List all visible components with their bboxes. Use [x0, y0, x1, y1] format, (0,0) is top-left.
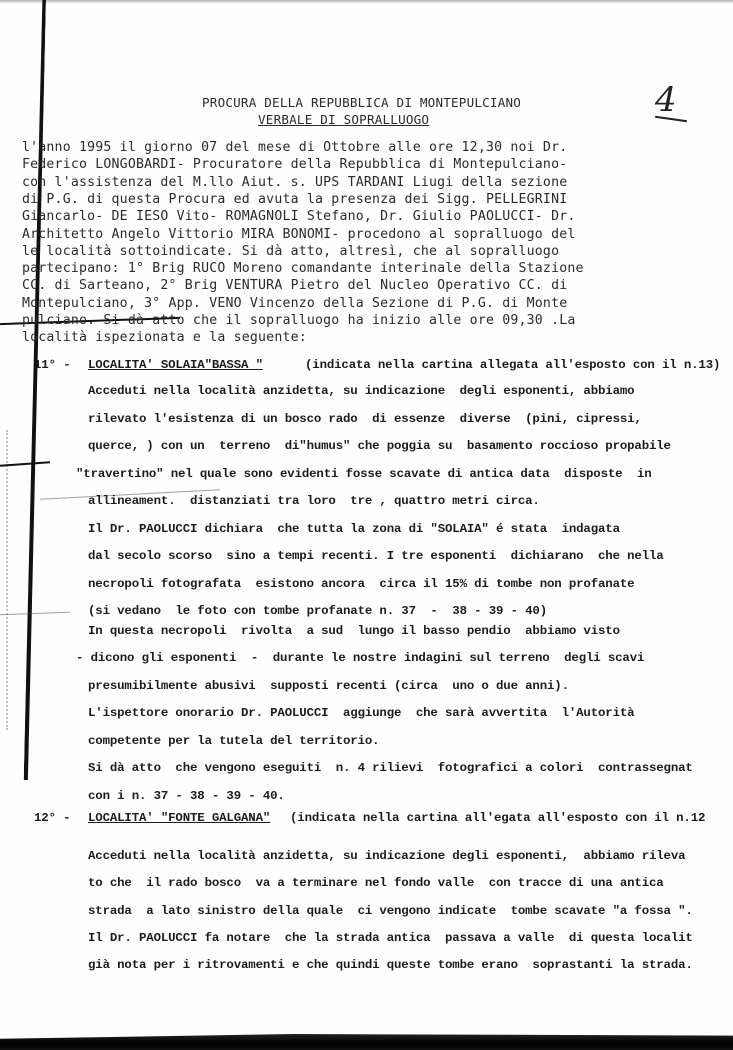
body-line: Il Dr. PAOLUCCI dichiara che tutta la zo… [88, 523, 620, 535]
page-number: 4 [655, 80, 677, 120]
body-line: to che il rado bosco va a terminare nel … [88, 877, 664, 889]
margin-dots [6, 430, 12, 730]
scan-bottom-edge [0, 1034, 733, 1050]
body-line: già nota per i ritrovamenti e che quindi… [88, 959, 693, 971]
body-line: L'ispettore onorario Dr. PAOLUCCI aggiun… [88, 707, 634, 719]
body-line: - dicono gli esponenti - durante le nost… [76, 652, 644, 664]
section-heading: LOCALITA' SOLAIA"BASSA " [88, 359, 263, 371]
intro-line: Architetto Angelo Vittorio MIRA BONOMI- … [22, 228, 576, 241]
body-line: dal secolo scorso sino a tempi recenti. … [88, 550, 664, 562]
body-line: con i n. 37 - 38 - 39 - 40. [88, 790, 285, 802]
body-line: rilevato l'esistenza di un bosco rado di… [88, 413, 642, 425]
body-line: In questa necropoli rivolta a sud lungo … [88, 625, 620, 637]
body-line: Acceduti nella località anzidetta, su in… [88, 850, 685, 862]
intro-line: Federico LONGOBARDI- Procuratore della R… [22, 158, 567, 171]
document-page: 4 PROCURA DELLA REPUBBLICA DI MONTEPULCI… [0, 0, 733, 1050]
intro-line: località ispezionata e la seguente: [22, 331, 307, 344]
body-line: allineament. distanziati tra loro tre , … [88, 495, 540, 507]
intro-line: Montepulciano, 3° App. VENO Vincenzo del… [22, 297, 567, 310]
intro-line: le località sottoindicate. Si dà atto, a… [22, 245, 559, 258]
section-note: (indicata nella cartina all'egata all'es… [290, 812, 705, 824]
body-line: Si dà atto che vengono eseguiti n. 4 ril… [88, 762, 693, 774]
intro-line: di P.G. di questa Procura ed avuta la pr… [22, 193, 567, 206]
margin-pen-line [24, 0, 46, 780]
intro-line: CC. di Sarteano, 2° Brig VENTURA Pietro … [22, 279, 567, 292]
body-line: Il Dr. PAOLUCCI fa notare che la strada … [88, 932, 693, 944]
scan-top-edge [0, 0, 733, 4]
section-number: 12° - [34, 812, 70, 824]
intro-line: l'anno 1995 il giorno 07 del mese di Ott… [22, 141, 567, 154]
body-line: Acceduti nella località anzidetta, su in… [88, 385, 634, 397]
body-line: (si vedano le foto con tombe profanate n… [88, 605, 547, 617]
document-title: PROCURA DELLA REPUBBLICA DI MONTEPULCIAN… [202, 95, 521, 110]
intro-line: Giancarlo- DE IESO Vito- ROMAGNOLI Stefa… [22, 210, 576, 223]
body-line: competente per la tutela del territorio. [88, 735, 379, 747]
body-line: "travertino" nel quale sono evidenti fos… [76, 468, 652, 480]
body-line: necropoli fotografata esistono ancora ci… [88, 578, 634, 590]
body-line: presumibilmente abusivi supposti recenti… [88, 680, 569, 692]
section-number: 11° - [34, 359, 70, 371]
body-line: strada a lato sinistro della quale ci ve… [88, 905, 693, 917]
intro-line: partecipano: 1° Brig RUCO Moreno comanda… [22, 262, 584, 275]
document-subtitle: VERBALE DI SOPRALLUOGO [258, 112, 429, 127]
intro-line: con l'assistenza del M.llo Aiut. s. UPS … [22, 176, 567, 189]
body-line: querce, ) con un terreno di"humus" che p… [88, 440, 671, 452]
section-note: (indicata nella cartina allegata all'esp… [305, 359, 720, 371]
section-heading: LOCALITA' "FONTE GALGANA" [88, 812, 270, 824]
intro-line: pulciano. Si dà atto che il sopralluogo … [22, 314, 576, 327]
